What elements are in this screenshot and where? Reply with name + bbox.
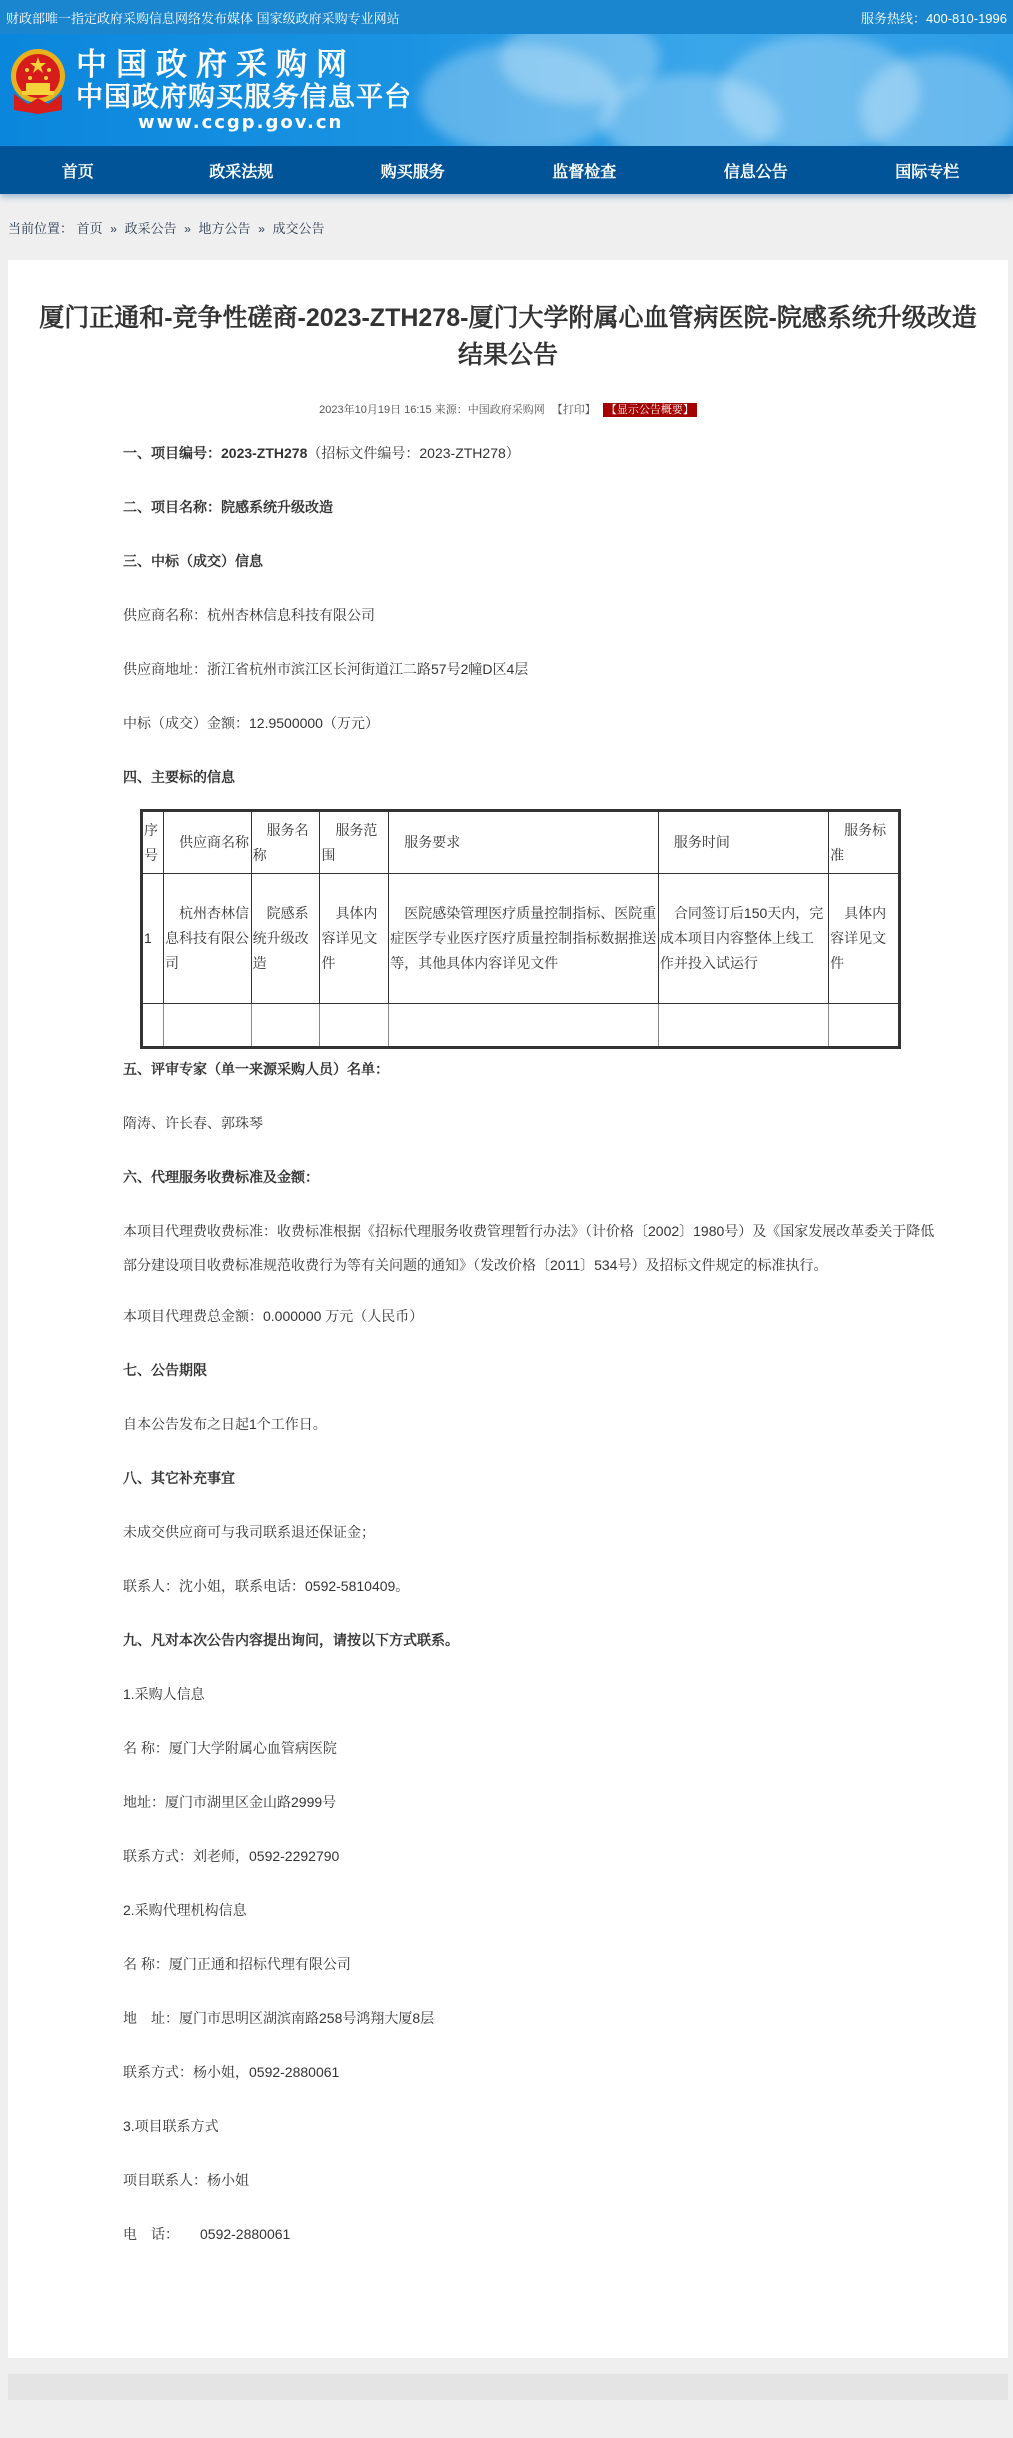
table-header-cell: 序号 [142, 811, 164, 874]
agency-name: 名 称：厦门正通和招标代理有限公司 [123, 1954, 1008, 1974]
main-nav: 首页 政采法规 购买服务 监督检查 信息公告 国际专栏 [0, 146, 1013, 194]
page-title: 厦门正通和-竞争性磋商-2023-ZTH278-厦门大学附属心血管病医院-院感系… [8, 260, 1008, 374]
table-cell [320, 1004, 389, 1048]
section-label: 一、项目编号： [123, 445, 221, 461]
logo-url: www.ccgp.gov.cn [138, 112, 412, 134]
buyer-name: 名 称：厦门大学附属心血管病医院 [123, 1738, 1008, 1758]
source-label: 来源： [435, 404, 468, 416]
agency-info-title: 2.采购代理机构信息 [123, 1900, 1008, 1920]
table-cell: 具体内容详见文件 [829, 874, 900, 1004]
agency-fee-total: 本项目代理费总金额：0.000000 万元（人民币） [123, 1306, 1008, 1326]
section-project-name: 二、项目名称：院感系统升级改造 [123, 497, 1008, 517]
main-items-table-wrapper: 序号 供应商名称 服务名称 服务范围 服务要求 服务时间 服务标准 1 杭州杏林… [140, 809, 1008, 1049]
breadcrumb-prefix: 当前位置： [8, 221, 73, 236]
section-heading-supplementary: 八、其它补充事宜 [123, 1468, 1008, 1488]
main-items-table: 序号 供应商名称 服务名称 服务范围 服务要求 服务时间 服务标准 1 杭州杏林… [140, 809, 901, 1049]
supplementary-line-2: 联系人：沈小姐，联系电话：0592-5810409。 [123, 1576, 1008, 1596]
breadcrumb-separator: » [184, 222, 191, 236]
source-name: 中国政府采购网 [468, 404, 545, 416]
notice-period-text: 自本公告发布之日起1个工作日。 [123, 1414, 1008, 1434]
breadcrumb-procurement-announcements[interactable]: 政采公告 [125, 221, 177, 236]
table-cell: 合同签订后150天内，完成本项目内容整体上线工作并投入试运行 [658, 874, 828, 1004]
buyer-info-title: 1.采购人信息 [123, 1684, 1008, 1704]
table-cell [389, 1004, 659, 1048]
nav-item-international[interactable]: 国际专栏 [841, 159, 1012, 182]
article-meta: 2023年10月19日 16:15 来源：中国政府采购网 【打印】 【显示公告概… [8, 401, 1008, 417]
article-content: 一、项目编号：2023-ZTH278（招标文件编号：2023-ZTH278） 二… [8, 417, 1008, 2244]
agency-address: 地 址：厦门市思明区湖滨南路258号鸿翔大厦8层 [123, 2008, 1008, 2028]
table-header-cell: 供应商名称 [163, 811, 251, 874]
top-info-bar: 财政部唯一指定政府采购信息网络发布媒体 国家级政府采购专业网站 服务热线：400… [0, 0, 1013, 34]
expert-names: 隋涛、许长春、郭珠琴 [123, 1113, 1008, 1133]
breadcrumb-home[interactable]: 首页 [77, 221, 103, 236]
show-summary-button[interactable]: 【显示公告概要】 [603, 403, 697, 417]
section-label: 二、项目名称： [123, 499, 221, 515]
nav-item-regulations[interactable]: 政采法规 [156, 159, 327, 182]
table-cell: 医院感染管理医疗质量控制指标、医院重症医学专业医疗医疗质量控制指标数据推送等，其… [389, 874, 659, 1004]
breadcrumb-deal-announcements[interactable]: 成交公告 [273, 221, 325, 236]
project-name: 院感系统升级改造 [221, 499, 333, 515]
table-header-cell: 服务标准 [829, 811, 900, 874]
breadcrumb-local-announcements[interactable]: 地方公告 [199, 221, 251, 236]
tender-file-number: （招标文件编号：2023-ZTH278） [307, 445, 519, 461]
table-header-row: 序号 供应商名称 服务名称 服务范围 服务要求 服务时间 服务标准 [142, 811, 900, 874]
table-cell [251, 1004, 320, 1048]
logo-subtitle: 中国政府购买服务信息平台 [76, 82, 412, 112]
section-project-number: 一、项目编号：2023-ZTH278（招标文件编号：2023-ZTH278） [123, 443, 1008, 463]
agency-fee-standard: 本项目代理费收费标准：收费标准根据《招标代理服务收费管理暂行办法》（计价格〔20… [123, 1214, 1008, 1282]
table-header-cell: 服务要求 [389, 811, 659, 874]
service-hotline: 服务热线：400-810-1996 [861, 8, 1007, 27]
nav-item-supervision[interactable]: 监督检查 [499, 159, 670, 182]
table-header-cell: 服务名称 [251, 811, 320, 874]
page-gap [0, 2358, 1013, 2374]
national-emblem-icon [8, 48, 68, 116]
publish-datetime: 2023年10月19日 16:15 [319, 404, 432, 416]
nav-item-announcements[interactable]: 信息公告 [670, 159, 841, 182]
award-amount: 中标（成交）金额：12.9500000（万元） [123, 713, 1008, 733]
table-cell: 杭州杏林信息科技有限公司 [163, 874, 251, 1004]
table-row: 1 杭州杏林信息科技有限公司 院感系统升级改造 具体内容详见文件 医院感染管理医… [142, 874, 900, 1004]
logo-title: 中国政府采购网 [76, 48, 412, 82]
table-cell [829, 1004, 900, 1048]
project-contact-title: 3.项目联系方式 [123, 2116, 1008, 2136]
section-heading-contact: 九、凡对本次公告内容提出询问，请按以下方式联系。 [123, 1630, 1008, 1650]
table-header-cell: 服务时间 [658, 811, 828, 874]
table-header-cell: 服务范围 [320, 811, 389, 874]
section-heading-main-items: 四、主要标的信息 [123, 767, 1008, 787]
table-cell: 1 [142, 874, 164, 1004]
nav-item-home[interactable]: 首页 [0, 159, 156, 182]
section-heading-agency-fee: 六、代理服务收费标准及金额： [123, 1167, 1008, 1187]
article-card: 厦门正通和-竞争性磋商-2023-ZTH278-厦门大学附属心血管病医院-院感系… [8, 260, 1008, 2358]
supplementary-line-1: 未成交供应商可与我司联系退还保证金； [123, 1522, 1008, 1542]
agency-contact: 联系方式：杨小姐，0592-2880061 [123, 2062, 1008, 2082]
section-heading-experts: 五、评审专家（单一来源采购人员）名单： [123, 1059, 1008, 1079]
breadcrumb: 当前位置： 首页 » 政采公告 » 地方公告 » 成交公告 [0, 194, 1013, 260]
buyer-contact: 联系方式：刘老师，0592-2292790 [123, 1846, 1008, 1866]
print-link[interactable]: 【打印】 [552, 404, 596, 416]
project-contact-phone: 电 话： 0592-2880061 [123, 2224, 1008, 2244]
project-contact-person: 项目联系人：杨小姐 [123, 2170, 1008, 2190]
project-number: 2023-ZTH278 [221, 445, 307, 461]
site-logo-text: 中国政府采购网 中国政府购买服务信息平台 www.ccgp.gov.cn [76, 48, 412, 134]
nav-item-purchase-services[interactable]: 购买服务 [327, 159, 498, 182]
table-cell: 具体内容详见文件 [320, 874, 389, 1004]
supplier-name: 供应商名称：杭州杏林信息科技有限公司 [123, 605, 1008, 625]
section-heading-award: 三、中标（成交）信息 [123, 551, 1008, 571]
table-cell [658, 1004, 828, 1048]
table-cell [142, 1004, 164, 1048]
site-banner: 中国政府采购网 中国政府购买服务信息平台 www.ccgp.gov.cn [0, 34, 1013, 146]
table-cell [163, 1004, 251, 1048]
table-cell: 院感系统升级改造 [251, 874, 320, 1004]
breadcrumb-separator: » [258, 222, 265, 236]
section-heading-notice-period: 七、公告期限 [123, 1360, 1008, 1380]
table-row-empty [142, 1004, 900, 1048]
supplier-address: 供应商地址：浙江省杭州市滨江区长河街道江二路57号2幢D区4层 [123, 659, 1008, 679]
footer-strip [8, 2374, 1008, 2400]
buyer-address: 地址：厦门市湖里区金山路2999号 [123, 1792, 1008, 1812]
site-tagline: 财政部唯一指定政府采购信息网络发布媒体 国家级政府采购专业网站 [6, 8, 400, 27]
breadcrumb-separator: » [110, 222, 117, 236]
